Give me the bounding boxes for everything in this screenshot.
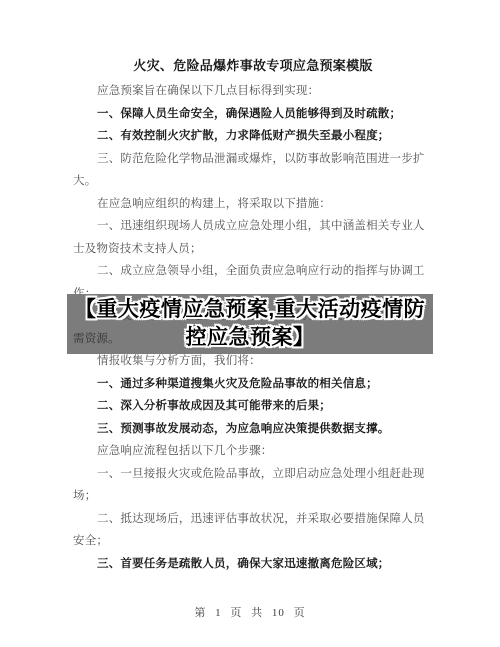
doc-line: 二、深入分析事故成因及其可能带来的后果； (97, 400, 331, 413)
doc-line: 情报收集与分析方面，我们将： (97, 355, 261, 368)
doc-line: 二、抵达现场后，迅速评估事故状况，并采取必要措施保障人员 (97, 513, 425, 526)
doc-line: 大。 (73, 175, 96, 188)
overlay-title: 【重大疫情应急预案,重大活动疫情防 控应急预案】 (67, 296, 433, 352)
doc-line: 一、通过多种渠道搜集火灾及危险品事故的相关信息； (97, 378, 378, 391)
doc-line: 三、首要任务是疏散人员，确保大家迅速撤离危险区域； (97, 558, 390, 571)
overlay-title-line2: 控应急预案】 (67, 324, 433, 352)
doc-line: 一、保障人员生命安全，确保遇险人员能够得到及时疏散； (97, 108, 401, 121)
overlay-title-line1: 【重大疫情应急预案,重大活动疫情防 (67, 296, 433, 324)
doc-line: 应急响应流程包括以下几个步骤： (97, 445, 273, 458)
doc-line: 士及物资技术支持人员； (73, 243, 202, 256)
document-page: 火灾、危险品爆炸事故专项应急预案模版 应急预案旨在确保以下几点目标得到实现：一、… (0, 0, 500, 647)
doc-line: 三、防范危险化学物品泄漏或爆炸，以防事故影响范围进一步扩 (97, 153, 425, 166)
doc-line: 一、迅速组织现场人员成立应急处理小组，其中涵盖相关专业人 (97, 220, 425, 233)
doc-line: 二、有效控制火灾扩散，力求降低财产损失至最小程度； (97, 130, 390, 143)
doc-title: 火灾、危险品爆炸事故专项应急预案模版 (73, 55, 433, 74)
doc-line: 一、一旦接报火灾或危险品事故，立即启动应急处理小组赶赴现 (97, 468, 425, 481)
doc-line: 在应急响应组织的构建上，将采取以下措施： (97, 198, 331, 211)
doc-line: 三、预测事故发展动态，为应急响应决策提供数据支撑。 (97, 423, 390, 436)
doc-line: 安全； (73, 535, 108, 548)
page-footer: 第 1 页 共 10 页 (0, 604, 500, 620)
doc-line: 场； (73, 490, 96, 503)
doc-line: 应急预案旨在确保以下几点目标得到实现： (97, 85, 319, 98)
doc-line: 二、成立应急领导小组，全面负责应急响应行动的指挥与协调工 (97, 265, 425, 278)
